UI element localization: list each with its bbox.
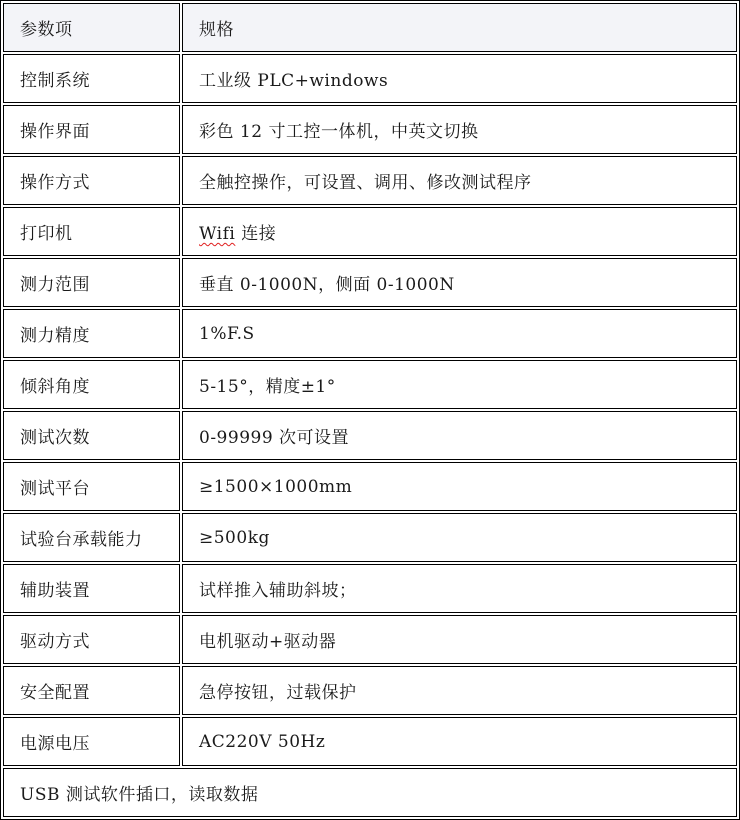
param-cell: 测力范围 <box>3 258 180 307</box>
spec-cell: 0-99999 次可设置 <box>182 411 737 460</box>
param-cell: 测力精度 <box>3 309 180 358</box>
header-cell-param: 参数项 <box>3 3 180 52</box>
spec-cell: 工业级 PLC+windows <box>182 54 737 103</box>
table-row: 测力精度 1%F.S <box>3 309 737 358</box>
param-cell: 测试次数 <box>3 411 180 460</box>
table-header-row: 参数项 规格 <box>3 3 737 52</box>
spec-text: 连接 <box>235 224 276 244</box>
param-cell: 电源电压 <box>3 717 180 766</box>
spec-cell: 试样推入辅助斜坡； <box>182 564 737 613</box>
header-cell-spec: 规格 <box>182 3 737 52</box>
param-cell: 测试平台 <box>3 462 180 511</box>
table-row: 辅助装置 试样推入辅助斜坡； <box>3 564 737 613</box>
spec-cell: ≥500kg <box>182 513 737 562</box>
table-row: 测试平台 ≥1500×1000mm <box>3 462 737 511</box>
param-cell: 操作界面 <box>3 105 180 154</box>
param-cell: 辅助装置 <box>3 564 180 613</box>
param-cell: 打印机 <box>3 207 180 256</box>
param-cell: 倾斜角度 <box>3 360 180 409</box>
table-row: 测试次数 0-99999 次可设置 <box>3 411 737 460</box>
param-cell: 操作方式 <box>3 156 180 205</box>
spec-cell: 垂直 0-1000N，侧面 0-1000N <box>182 258 737 307</box>
footer-note-cell: USB 测试软件插口，读取数据 <box>3 768 737 817</box>
spec-cell: 5-15°，精度±1° <box>182 360 737 409</box>
param-cell: 安全配置 <box>3 666 180 715</box>
spec-cell: ≥1500×1000mm <box>182 462 737 511</box>
param-cell: 控制系统 <box>3 54 180 103</box>
table-row: 电源电压 AC220V 50Hz <box>3 717 737 766</box>
spec-cell: 电机驱动+驱动器 <box>182 615 737 664</box>
spellcheck-flagged-word[interactable]: Wifi <box>199 224 235 244</box>
param-cell: 试验台承载能力 <box>3 513 180 562</box>
table-row: 测力范围 垂直 0-1000N，侧面 0-1000N <box>3 258 737 307</box>
param-cell: 驱动方式 <box>3 615 180 664</box>
spec-cell: Wifi 连接 <box>182 207 737 256</box>
table-footer-row: USB 测试软件插口，读取数据 <box>3 768 737 817</box>
spec-cell: 1%F.S <box>182 309 737 358</box>
table-row: 打印机 Wifi 连接 <box>3 207 737 256</box>
table-row: 操作方式 全触控操作，可设置、调用、修改测试程序 <box>3 156 737 205</box>
spec-cell: 急停按钮，过载保护 <box>182 666 737 715</box>
table-row: 试验台承载能力 ≥500kg <box>3 513 737 562</box>
table-row: 安全配置 急停按钮，过载保护 <box>3 666 737 715</box>
table-row: 驱动方式 电机驱动+驱动器 <box>3 615 737 664</box>
spec-cell: 全触控操作，可设置、调用、修改测试程序 <box>182 156 737 205</box>
spec-cell: AC220V 50Hz <box>182 717 737 766</box>
spec-table: 参数项 规格 控制系统 工业级 PLC+windows 操作界面 彩色 12 寸… <box>0 0 740 820</box>
table-row: 控制系统 工业级 PLC+windows <box>3 54 737 103</box>
table-row: 倾斜角度 5-15°，精度±1° <box>3 360 737 409</box>
spec-cell: 彩色 12 寸工控一体机，中英文切换 <box>182 105 737 154</box>
table-row: 操作界面 彩色 12 寸工控一体机，中英文切换 <box>3 105 737 154</box>
